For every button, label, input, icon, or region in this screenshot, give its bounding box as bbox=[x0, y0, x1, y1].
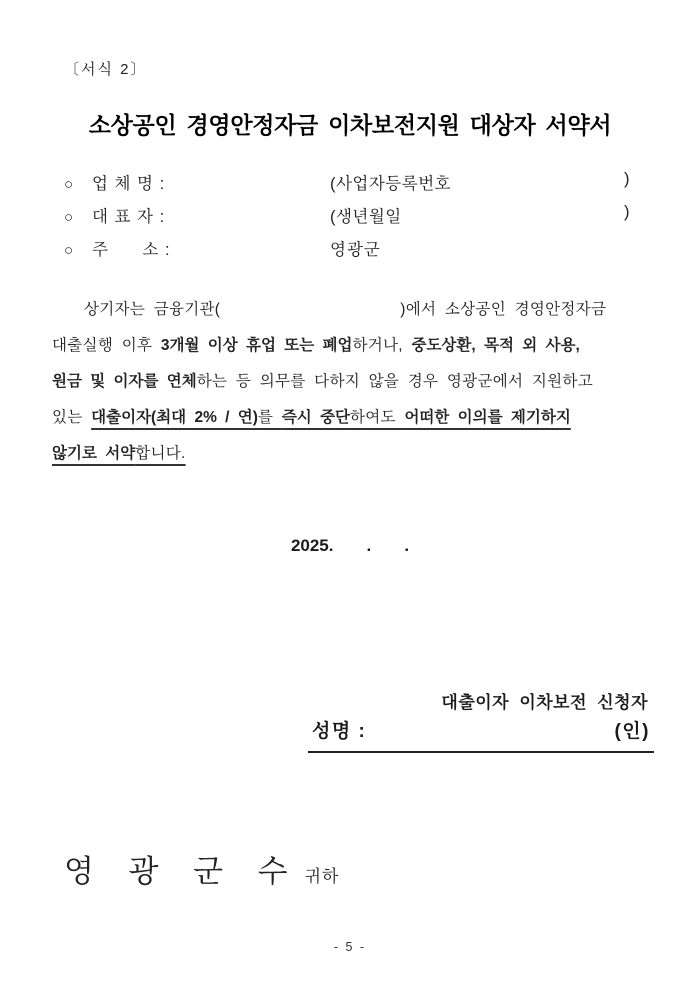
pledge-text-underline: 하여도 bbox=[350, 409, 404, 426]
business-registration-number-label: (사업자등록번호 bbox=[330, 170, 451, 194]
pledge-text: 하거나, bbox=[352, 337, 411, 354]
pledge-text-bold-underline: 어떠한 이의를 제기하지 bbox=[404, 409, 570, 426]
address-label: 주 소 : bbox=[92, 236, 330, 260]
birth-date-blank: (생년월일 ) bbox=[330, 203, 630, 227]
field-row-company-name: ○ 업 체 명 : (사업자등록번호 ) bbox=[64, 170, 630, 203]
pledge-text-bold-underline: 않기로 서약 bbox=[52, 445, 135, 462]
company-name-label: 업 체 명 : bbox=[92, 170, 330, 194]
field-row-representative: ○ 대 표 자 : (생년월일 ) bbox=[64, 203, 630, 236]
pledge-text-bold-underline: 즉시 중단 bbox=[282, 409, 350, 426]
name-label: 성명 : bbox=[312, 716, 366, 743]
date-line: 2025. . . bbox=[0, 536, 700, 556]
pledge-text-bold-underline: 대출이자(최대 2% / 연) bbox=[91, 409, 258, 426]
pledge-text: 있는 bbox=[52, 409, 91, 426]
pledge-text-bold: 3개월 이상 휴업 또는 폐업 bbox=[161, 337, 353, 354]
business-registration-number-blank: (사업자등록번호 ) bbox=[330, 170, 630, 194]
pledge-paragraph: 상기자는 금융기관()에서 소상공인 경영안정자금 대출실행 이후 3개월 이상… bbox=[52, 292, 672, 472]
document-title: 소상공인 경영안정자금 이차보전지원 대상자 서약서 bbox=[0, 107, 700, 140]
pledge-text-bold: 중도상환, 목적 외 사용, bbox=[411, 337, 579, 354]
applicant-title: 대출이자 이차보전 신청자 bbox=[441, 688, 648, 713]
pledge-text-underline: 합니다. bbox=[135, 445, 185, 462]
page-number: - 5 - bbox=[0, 940, 700, 954]
close-paren: ) bbox=[624, 203, 630, 227]
field-row-address: ○ 주 소 : 영광군 bbox=[64, 236, 630, 269]
seal-label: (인) bbox=[614, 716, 650, 743]
recipient-honorific: 귀하 bbox=[305, 862, 340, 887]
pledge-text: )에서 소상공인 경영안정자금 bbox=[400, 301, 606, 318]
address-value: 영광군 bbox=[330, 236, 381, 260]
recipient-name: 영 광 군 수 bbox=[64, 846, 301, 891]
pledge-text: 상기자는 금융기관( bbox=[84, 301, 220, 318]
signature-name-line: 성명 : (인) bbox=[308, 716, 654, 753]
bullet-circle-icon: ○ bbox=[64, 242, 92, 259]
bullet-circle-icon: ○ bbox=[64, 176, 92, 193]
recipient-line: 영 광 군 수 귀하 bbox=[64, 846, 339, 891]
form-number-label: 〔서식 2〕 bbox=[64, 58, 148, 79]
applicant-info-fields: ○ 업 체 명 : (사업자등록번호 ) ○ 대 표 자 : (생년월일 ) ○… bbox=[64, 170, 630, 269]
birth-date-label: (생년월일 bbox=[330, 203, 402, 227]
close-paren: ) bbox=[624, 170, 630, 194]
pledge-text-bold: 원금 및 이자를 연체 bbox=[52, 373, 197, 390]
bullet-circle-icon: ○ bbox=[64, 209, 92, 226]
document-page: 〔서식 2〕 소상공인 경영안정자금 이차보전지원 대상자 서약서 ○ 업 체 … bbox=[0, 0, 700, 990]
pledge-text: 하는 등 의무를 다하지 않을 경우 영광군에서 지원하고 bbox=[197, 373, 593, 390]
pledge-text: 대출실행 이후 bbox=[52, 337, 161, 354]
representative-label: 대 표 자 : bbox=[92, 203, 330, 227]
pledge-text-underline: 를 bbox=[258, 409, 282, 426]
